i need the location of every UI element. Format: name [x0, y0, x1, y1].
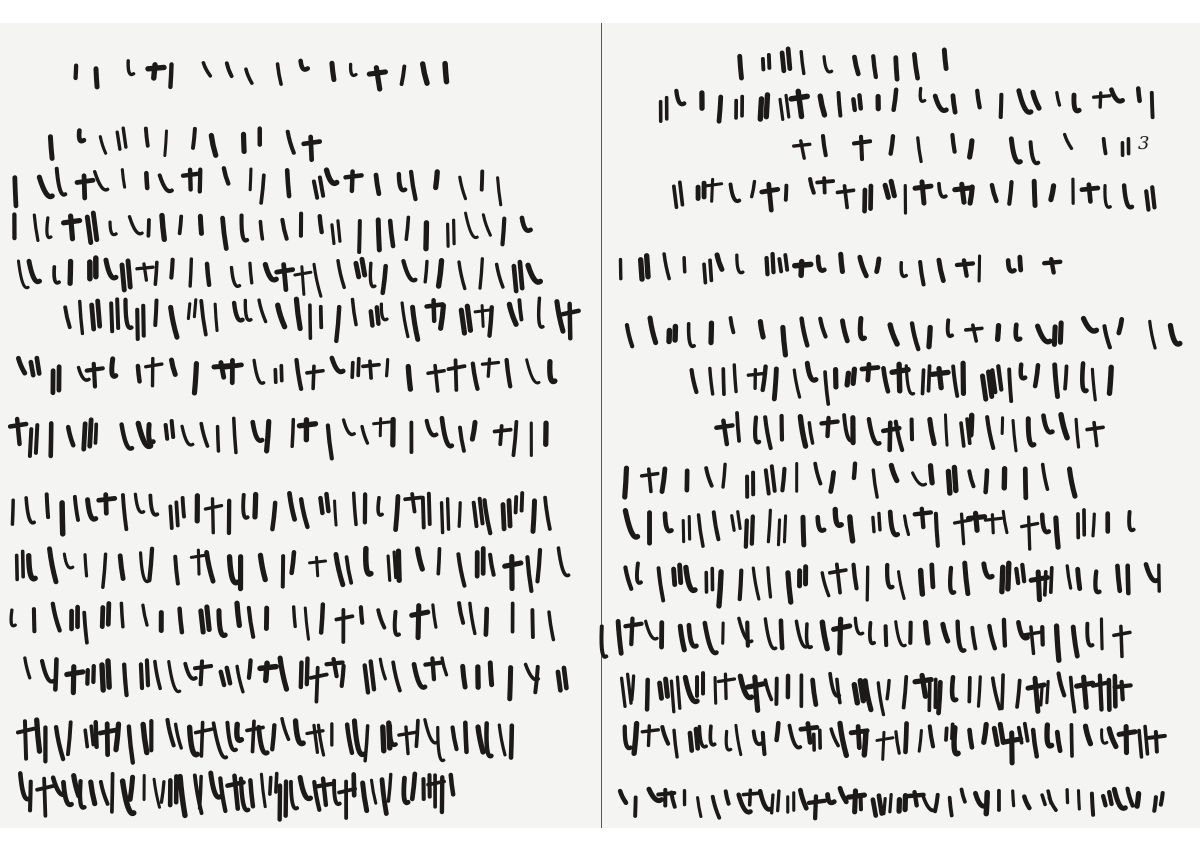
asemic-handwriting-strokes	[0, 23, 1200, 828]
notebook-spread: 3	[0, 23, 1200, 828]
numeral-three-mark: 3	[1138, 133, 1149, 154]
